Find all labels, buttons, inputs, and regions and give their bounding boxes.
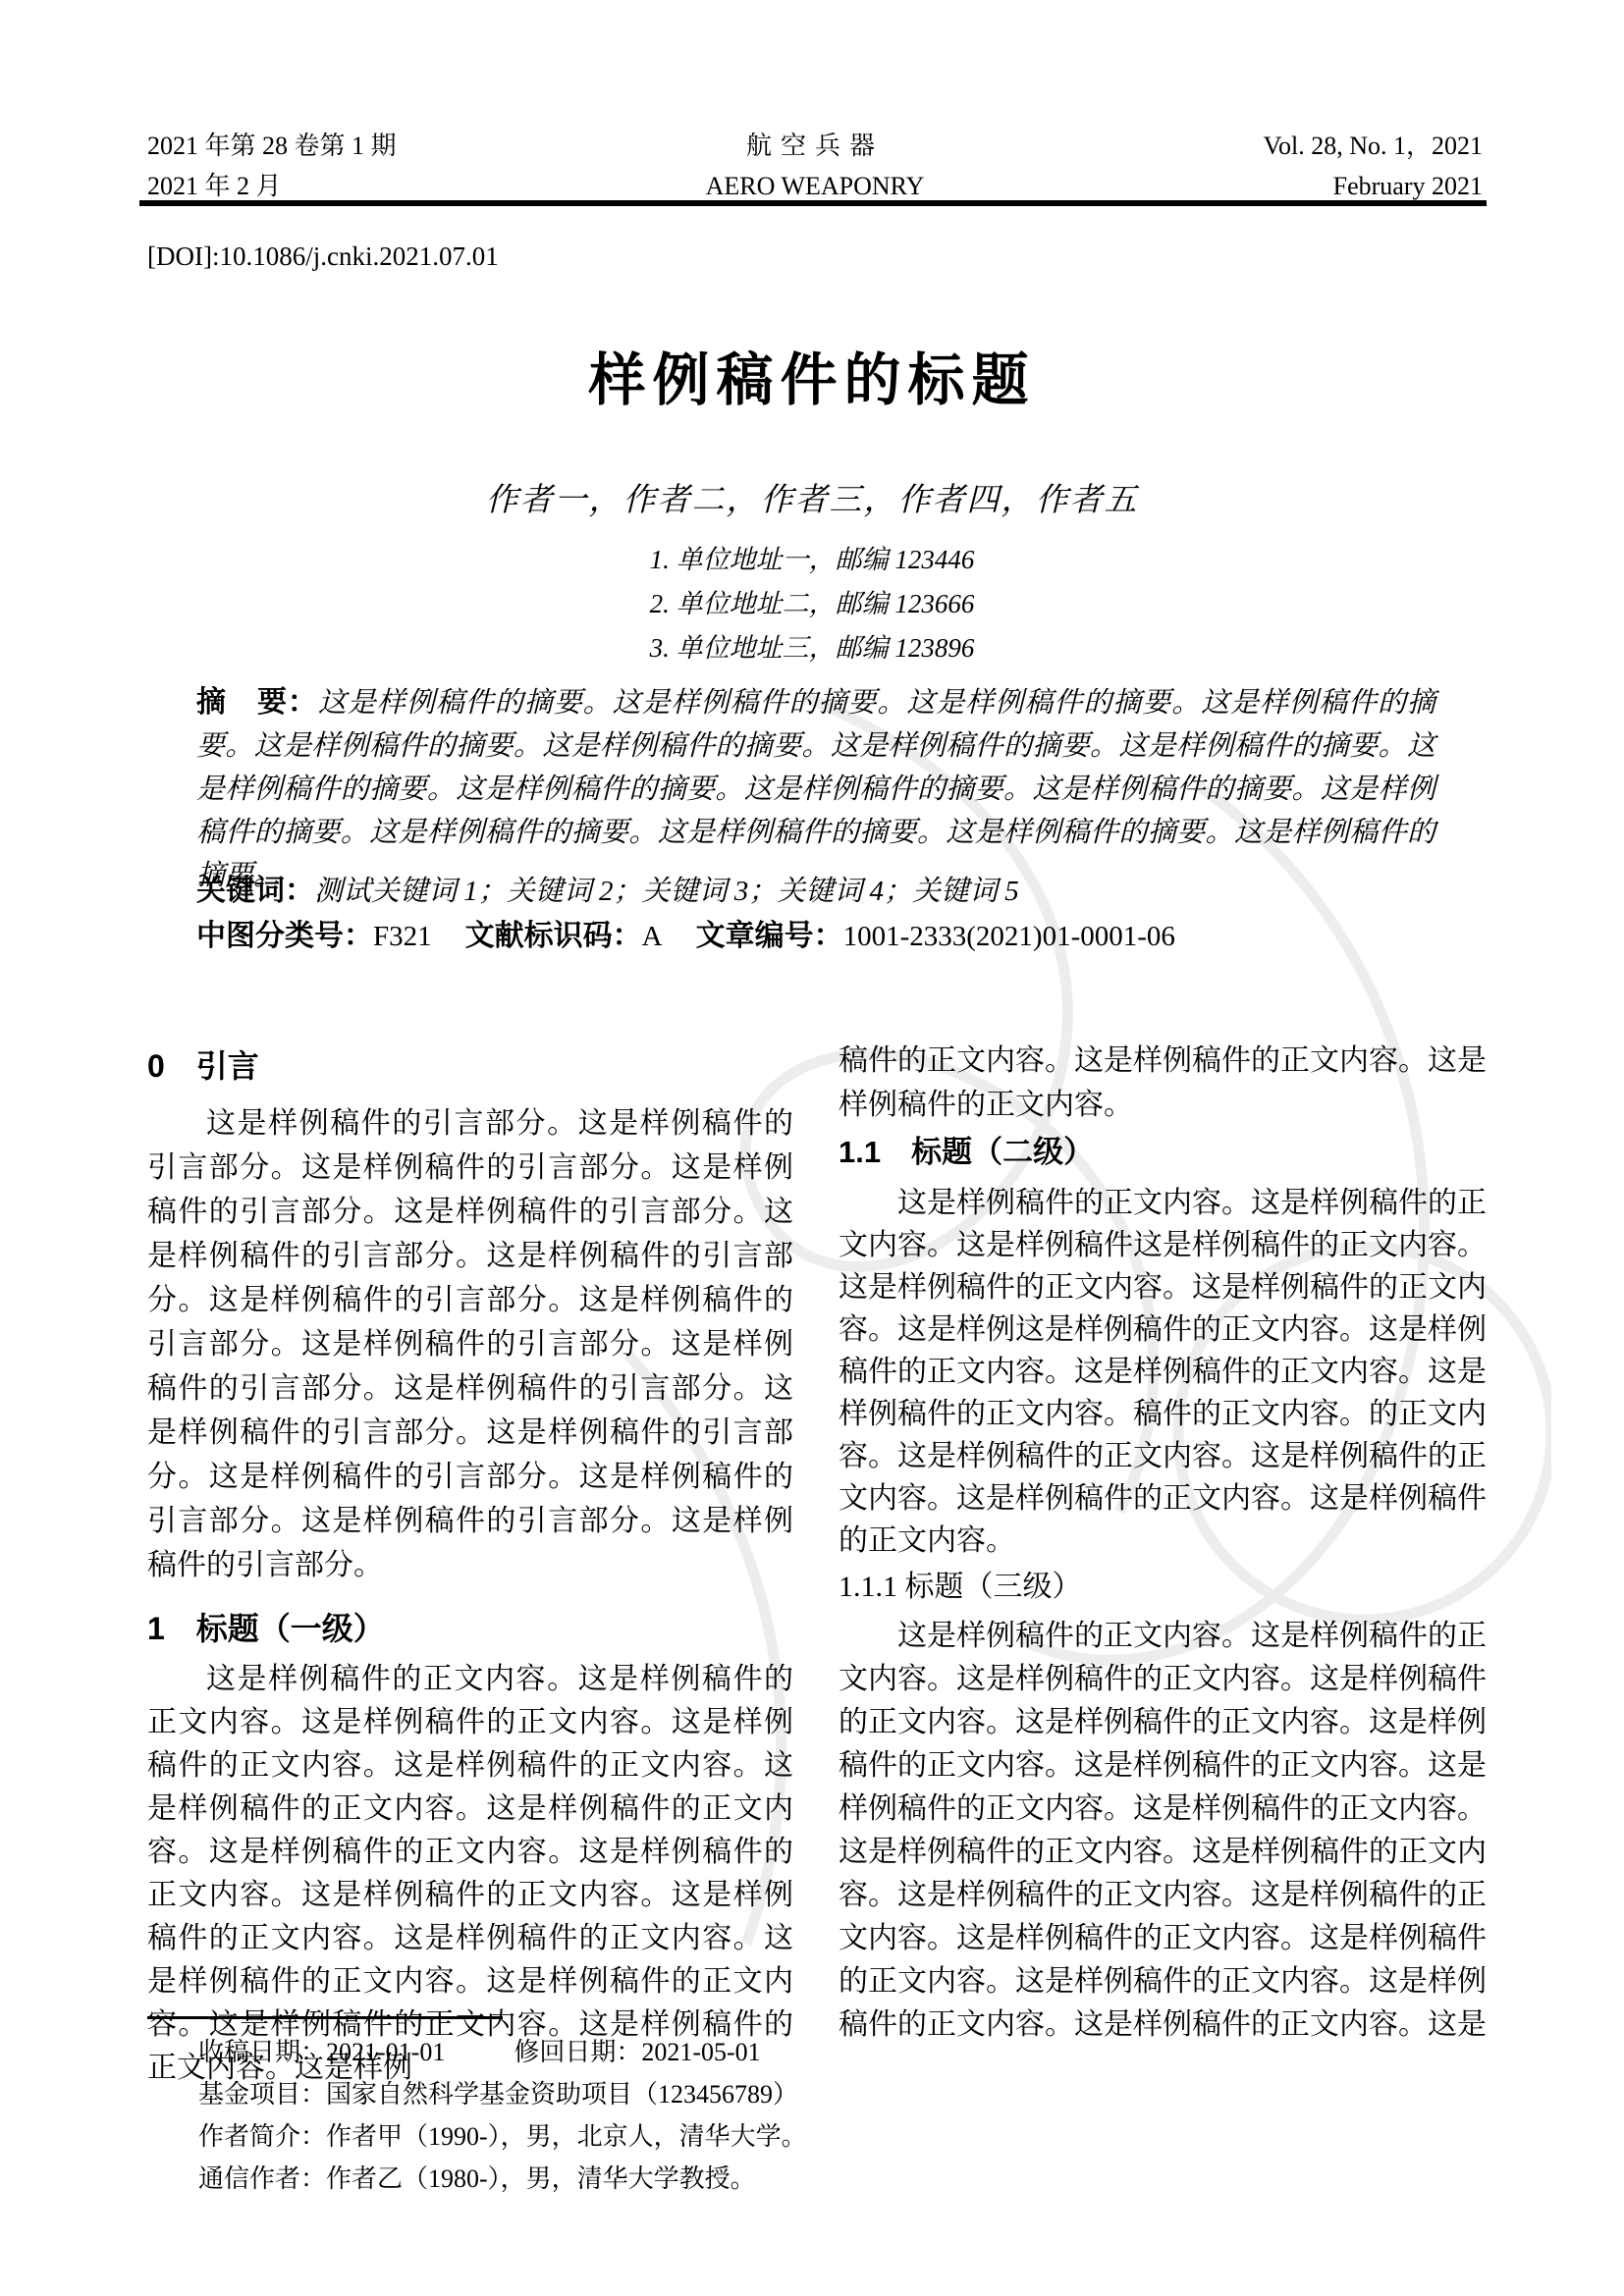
corr-value: 作者乙（1980-），男，清华大学教授。	[326, 2164, 756, 2193]
affiliation-item: 1. 单位地址一，邮编 123446	[0, 538, 1624, 582]
clc-value: F321	[373, 921, 432, 952]
affiliation-list: 1. 单位地址一，邮编 123446 2. 单位地址二，邮编 123666 3.…	[0, 538, 1624, 670]
revised-label: 修回日期：	[514, 2038, 641, 2066]
author-list: 作者一，作者二，作者三，作者四，作者五	[0, 474, 1624, 520]
page-header: 2021 年第 28 卷第 1 期 2021 年 2 月 航空兵器 AERO W…	[147, 126, 1483, 204]
header-rule	[139, 200, 1487, 206]
footnote-block: 收稿日期：2021-01-01修回日期：2021-05-01 基金项目：国家自然…	[147, 2016, 825, 2200]
revised-value: 2021-05-01	[641, 2038, 760, 2066]
bio-label: 作者简介：	[198, 2122, 326, 2151]
footnote-fund: 基金项目：国家自然科学基金资助项目（123456789）	[147, 2073, 825, 2115]
doc-code-value: A	[642, 921, 663, 952]
received-value: 2021-01-01	[326, 2038, 445, 2066]
bio-value: 作者甲（1990-），男，北京人，清华大学。	[326, 2122, 807, 2151]
clc-label: 中图分类号：	[196, 920, 373, 952]
classification-block: 中图分类号：F321文献标识码：A文章编号：1001-2333(2021)01-…	[196, 911, 1473, 954]
section-heading-intro: 0 引言	[147, 1046, 793, 1086]
header-volume-en: Vol. 28, No. 1，2021	[1264, 126, 1483, 166]
affiliation-item: 2. 单位地址二，邮编 123666	[0, 582, 1624, 626]
keywords-label: 关键词：	[196, 875, 314, 907]
corr-label: 通信作者：	[198, 2164, 326, 2193]
fund-label: 基金项目：	[198, 2080, 326, 2109]
section-1-1-1-paragraph: 这是样例稿件的正文内容。这是样例稿件的正文内容。这是样例稿件的正文内容。这是样例…	[839, 1615, 1487, 2047]
article-id-label: 文章编号：	[696, 920, 843, 952]
section-1-paragraph-continued: 稿件的正文内容。这是样例稿件的正文内容。这是样例稿件的正文内容。	[839, 1039, 1487, 1127]
intro-paragraph: 这是样例稿件的引言部分。这是样例稿件的引言部分。这是样例稿件的引言部分。这是样例…	[147, 1101, 793, 1587]
journal-page: 2021 年第 28 卷第 1 期 2021 年 2 月 航空兵器 AERO W…	[0, 0, 1624, 2296]
section-heading-1: 1 标题（一级）	[147, 1609, 793, 1648]
column-right: 稿件的正文内容。这是样例稿件的正文内容。这是样例稿件的正文内容。 1.1 标题（…	[839, 1039, 1487, 2047]
abstract-text: 这是样例稿件的摘要。这是样例稿件的摘要。这是样例稿件的摘要。这是样例稿件的摘要。…	[196, 687, 1435, 891]
affiliation-item: 3. 单位地址三，邮编 123896	[0, 626, 1624, 670]
section-heading-1-1-1: 1.1.1 标题（三级）	[839, 1568, 1487, 1607]
column-left: 0 引言 这是样例稿件的引言部分。这是样例稿件的引言部分。这是样例稿件的引言部分…	[147, 1039, 793, 2090]
keywords-text: 测试关键词 1；关键词 2；关键词 3；关键词 4；关键词 5	[314, 876, 1019, 907]
abstract-label: 摘 要：	[196, 686, 318, 719]
doi-line: [DOI]:10.1086/j.cnki.2021.07.01	[147, 241, 499, 272]
doc-code-label: 文献标识码：	[465, 920, 642, 952]
fund-value: 国家自然科学基金资助项目（123456789）	[326, 2080, 798, 2109]
keywords-block: 关键词：测试关键词 1；关键词 2；关键词 3；关键词 4；关键词 5	[196, 866, 1435, 909]
article-id-value: 1001-2333(2021)01-0001-06	[843, 921, 1175, 952]
received-label: 收稿日期：	[198, 2038, 326, 2066]
footnote-corresponding: 通信作者：作者乙（1980-），男，清华大学教授。	[147, 2158, 825, 2200]
section-heading-1-1: 1.1 标题（二级）	[839, 1133, 1487, 1172]
header-volume-block: Vol. 28, No. 1，2021 February 2021	[1264, 126, 1483, 206]
section-1-1-paragraph: 这是样例稿件的正文内容。这是样例稿件的正文内容。这是样例稿件这是样例稿件的正文内…	[839, 1182, 1487, 1562]
footnote-rule	[147, 2016, 503, 2019]
article-title: 样例稿件的标题	[0, 334, 1624, 416]
footnote-bio: 作者简介：作者甲（1990-），男，北京人，清华大学。	[147, 2115, 825, 2158]
abstract-block: 摘 要：这是样例稿件的摘要。这是样例稿件的摘要。这是样例稿件的摘要。这是样例稿件…	[196, 681, 1435, 897]
footnote-dates: 收稿日期：2021-01-01修回日期：2021-05-01	[147, 2031, 825, 2073]
